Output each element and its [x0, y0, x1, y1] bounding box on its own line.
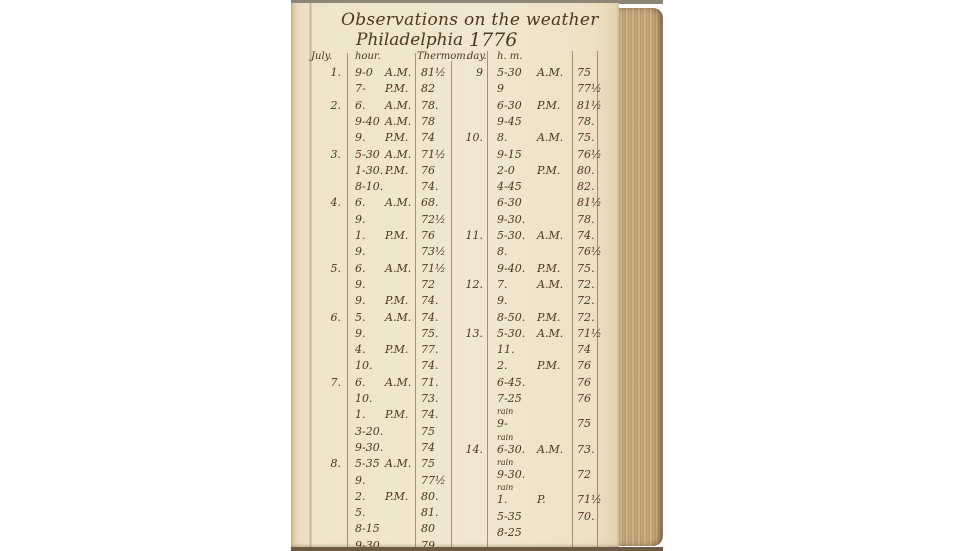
column-rule: [487, 51, 488, 549]
cell-day: 11.: [463, 229, 483, 242]
cell-hour: 5-35: [355, 457, 380, 470]
cell-temperature: 72: [421, 278, 435, 291]
cell-temperature: 68.: [421, 196, 439, 209]
cell-ampm: A.M.: [385, 262, 411, 275]
cell-temperature: 80.: [421, 490, 439, 503]
cell-temperature: 72.: [577, 294, 595, 307]
title-line-1: Observations on the weather: [341, 10, 599, 30]
cell-ampm: A.M.: [537, 327, 563, 340]
cell-temperature: 71½: [577, 327, 602, 340]
cell-hour: 9-40: [355, 115, 380, 128]
cell-temperature: 73.: [577, 443, 595, 456]
cell-day: 14.: [463, 443, 483, 456]
cell-temperature: 71½: [421, 262, 446, 275]
cell-temperature: 71½: [421, 148, 446, 161]
cell-hour: 9.: [355, 131, 366, 144]
cell-ampm: A.M.: [385, 376, 411, 389]
cell-hour: 9.: [355, 245, 366, 258]
cell-temperature: 77½: [421, 474, 446, 487]
manuscript-book: Observations on the weather Philadelphia…: [291, 0, 663, 551]
cell-ampm: A.M.: [385, 99, 411, 112]
cell-day: 6.: [321, 311, 341, 324]
cell-temperature: 78.: [577, 115, 595, 128]
cell-hour: 9.: [355, 474, 366, 487]
cell-hour: 5.: [355, 506, 366, 519]
cell-temperature: 74.: [577, 229, 595, 242]
cell-hour: 7.: [497, 278, 508, 291]
cell-hour: 2-0: [497, 164, 515, 177]
cell-day: 10.: [463, 131, 483, 144]
cell-ampm: P.: [537, 493, 546, 506]
cell-temperature: 72½: [421, 213, 446, 226]
cell-hour: 11.: [497, 343, 515, 356]
cell-temperature: 76: [421, 229, 435, 242]
cell-temperature: 72.: [577, 278, 595, 291]
cell-hour: 9-: [497, 417, 508, 430]
cell-temperature: 74.: [421, 294, 439, 307]
cell-temperature: 78.: [577, 213, 595, 226]
cell-temperature: 75.: [421, 327, 439, 340]
cell-temperature: 76½: [577, 245, 602, 258]
cell-ampm: P.M.: [385, 82, 408, 95]
cell-ampm: A.M.: [537, 66, 563, 79]
cell-ampm: P.M.: [537, 164, 560, 177]
cell-temperature: 81½: [577, 99, 602, 112]
header-day: July.: [311, 51, 332, 62]
cell-hour: 6.: [355, 99, 366, 112]
cell-temperature: 75: [421, 457, 435, 470]
cell-temperature: 77½: [577, 82, 602, 95]
cell-ampm: P.M.: [385, 164, 408, 177]
cell-temperature: 76: [577, 392, 591, 405]
cell-temperature: 75: [421, 425, 435, 438]
cell-hour: 9.: [355, 213, 366, 226]
cell-hour: 6.: [355, 196, 366, 209]
cell-temperature: 82: [421, 82, 435, 95]
cell-hour: 8.: [497, 245, 508, 258]
cell-ampm: P.M.: [385, 408, 408, 421]
cell-temperature: 74.: [421, 408, 439, 421]
cell-temperature: 82.: [577, 180, 595, 193]
cell-hour: 5-30.: [497, 229, 525, 242]
cell-temperature: 81½: [421, 66, 446, 79]
cell-hour: 1.: [355, 229, 366, 242]
cell-ampm: A.M.: [537, 131, 563, 144]
cell-ampm: A.M.: [385, 115, 411, 128]
page-gutter: [309, 3, 312, 549]
cell-hour: 6.: [355, 262, 366, 275]
cell-hour: 9-30.: [497, 468, 525, 481]
cell-temperature: 73½: [421, 245, 446, 258]
cell-ampm: A.M.: [385, 66, 411, 79]
cell-hour: 4-45: [497, 180, 522, 193]
cell-temperature: 80.: [577, 164, 595, 177]
cell-hour: 6-30.: [497, 443, 525, 456]
cell-hour: 8.: [497, 131, 508, 144]
cell-ampm: P.M.: [385, 490, 408, 503]
cell-temperature: 72.: [577, 311, 595, 324]
cell-hour: 5-30: [355, 148, 380, 161]
title-year: 1776: [469, 29, 517, 51]
cell-temperature: 76: [421, 164, 435, 177]
cell-hour: 8-15: [355, 522, 380, 535]
header-thermometer: Thermom.: [417, 51, 469, 62]
cell-hour: 5.: [355, 311, 366, 324]
cell-hour: 9-30.: [497, 213, 525, 226]
cell-temperature: 71½: [577, 493, 602, 506]
cell-day: 12.: [463, 278, 483, 291]
cell-ampm: P.M.: [537, 99, 560, 112]
cell-day: 5.: [321, 262, 341, 275]
cell-ampm: P.M.: [385, 343, 408, 356]
cell-ampm: P.M.: [385, 131, 408, 144]
cell-temperature: 80: [421, 522, 435, 535]
cell-day: 13.: [463, 327, 483, 340]
cell-hour: 9.: [497, 294, 508, 307]
book-bottom-edge: [291, 547, 663, 551]
cell-hour: 6-30: [497, 196, 522, 209]
cell-hour: 1-30.: [355, 164, 383, 177]
cell-hour: 1.: [355, 408, 366, 421]
cell-hour: 9.: [355, 294, 366, 307]
cell-temperature: 76: [577, 359, 591, 372]
cell-temperature: 75: [577, 66, 591, 79]
title-line-2: Philadelphia: [356, 30, 463, 50]
cell-ampm: P.M.: [537, 311, 560, 324]
cell-ampm: P.M.: [537, 262, 560, 275]
cell-ampm: P.M.: [385, 229, 408, 242]
cell-temperature: 81.: [421, 506, 439, 519]
cell-temperature: 73.: [421, 392, 439, 405]
cell-ampm: A.M.: [537, 278, 563, 291]
cell-hour: 8-10.: [355, 180, 383, 193]
cell-temperature: 74: [577, 343, 591, 356]
header-hour-right: h. m.: [497, 51, 522, 62]
cell-hour: 3-20.: [355, 425, 383, 438]
cell-day: 4.: [321, 196, 341, 209]
cell-temperature: 74: [421, 131, 435, 144]
header-day-right: day.: [467, 51, 487, 62]
column-rule: [572, 51, 573, 549]
cell-temperature: 75.: [577, 262, 595, 275]
cell-hour: 9-15: [497, 148, 522, 161]
column-rule: [597, 51, 598, 549]
cell-hour: 2.: [355, 490, 366, 503]
cell-hour: 8-50.: [497, 311, 525, 324]
cell-day: 9: [463, 66, 483, 79]
cell-day: 2.: [321, 99, 341, 112]
cell-temperature: 76: [577, 376, 591, 389]
cell-temperature: 78.: [421, 99, 439, 112]
cell-hour: 7-25: [497, 392, 522, 405]
cell-hour: 9.: [355, 278, 366, 291]
cell-day: 7.: [321, 376, 341, 389]
cell-hour: 9: [497, 82, 504, 95]
column-rule: [347, 53, 348, 549]
book-fore-edge: [617, 8, 663, 546]
header-hour: hour.: [355, 51, 381, 62]
cell-ampm: A.M.: [537, 229, 563, 242]
cell-hour: 9-0: [355, 66, 373, 79]
cell-hour: 2.: [497, 359, 508, 372]
cell-temperature: 76½: [577, 148, 602, 161]
cell-hour: 4.: [355, 343, 366, 356]
cell-temperature: 75.: [577, 131, 595, 144]
cell-hour: 9-45: [497, 115, 522, 128]
cell-hour: 6-45.: [497, 376, 525, 389]
cell-hour: 5-30: [497, 66, 522, 79]
cell-hour: 9-40.: [497, 262, 525, 275]
cell-day: 3.: [321, 148, 341, 161]
cell-ampm: A.M.: [385, 311, 411, 324]
column-rule: [451, 61, 452, 549]
cell-temperature: 77.: [421, 343, 439, 356]
cell-hour: 7-: [355, 82, 366, 95]
cell-hour: 6-30: [497, 99, 522, 112]
cell-temperature: 74.: [421, 180, 439, 193]
cell-temperature: 81½: [577, 196, 602, 209]
cell-ampm: A.M.: [385, 457, 411, 470]
cell-temperature: 78: [421, 115, 435, 128]
cell-ampm: P.M.: [385, 294, 408, 307]
column-rule: [415, 53, 416, 549]
cell-hour: 6.: [355, 376, 366, 389]
cell-hour: 8-25: [497, 526, 522, 539]
cell-hour: 5-35: [497, 510, 522, 523]
cell-temperature: 72: [577, 468, 591, 481]
cell-temperature: 74.: [421, 311, 439, 324]
cell-hour: 10.: [355, 392, 373, 405]
cell-temperature: 75: [577, 417, 591, 430]
cell-temperature: 70.: [577, 510, 595, 523]
cell-temperature: 74: [421, 441, 435, 454]
cell-ampm: A.M.: [537, 443, 563, 456]
cell-temperature: 74.: [421, 359, 439, 372]
cell-hour: 1.: [497, 493, 508, 506]
cell-ampm: P.M.: [537, 359, 560, 372]
cell-day: 8.: [321, 457, 341, 470]
cell-day: 1.: [321, 66, 341, 79]
cell-hour: 5-30.: [497, 327, 525, 340]
cell-hour: 9-30.: [355, 441, 383, 454]
cell-ampm: A.M.: [385, 148, 411, 161]
cell-hour: 9.: [355, 327, 366, 340]
manuscript-page: Observations on the weather Philadelphia…: [291, 3, 619, 549]
cell-hour: 10.: [355, 359, 373, 372]
cell-temperature: 71.: [421, 376, 439, 389]
cell-ampm: A.M.: [385, 196, 411, 209]
